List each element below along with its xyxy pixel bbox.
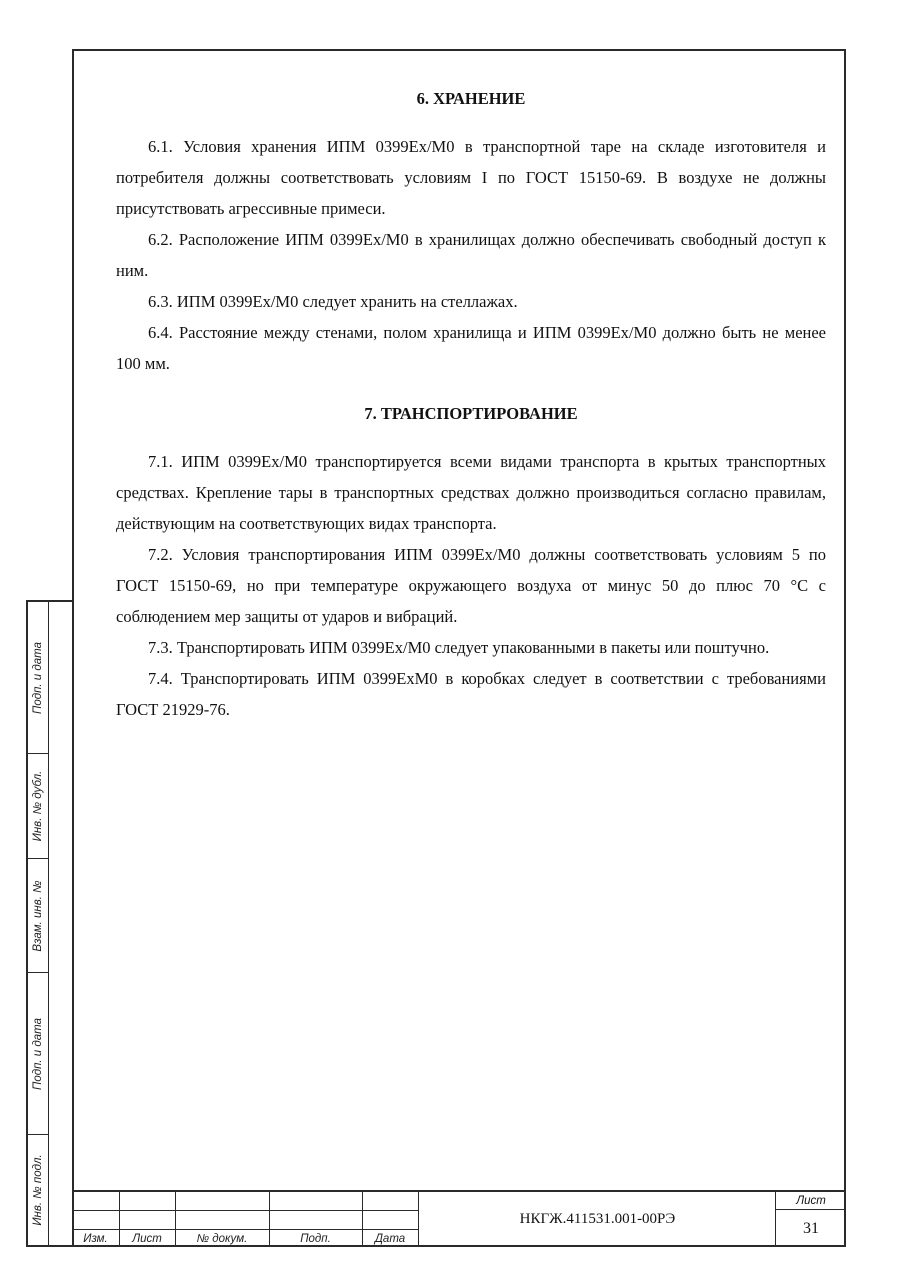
paragraph-7-2: 7.2. Условия транспортирования ИПМ 0399E…: [116, 539, 826, 632]
col-label-date: Дата: [362, 1231, 418, 1247]
strip-label: Взам. инв. №: [32, 880, 44, 951]
section-title-transport: 7. ТРАНСПОРТИРОВАНИЕ: [116, 399, 826, 429]
title-block-row-line: [72, 1210, 419, 1211]
paragraph-6-3: 6.3. ИПМ 0399Ex/M0 следует хранить на ст…: [116, 286, 826, 317]
section-storage-body: 6.1. Условия хранения ИПМ 0399Ex/M0 в тр…: [116, 131, 826, 379]
sheet-label: Лист: [776, 1192, 846, 1210]
paragraph-7-4: 7.4. Транспортировать ИПМ 0399ExM0 в кор…: [116, 663, 826, 725]
section-transport-body: 7.1. ИПМ 0399Ex/M0 транспортируется всем…: [116, 446, 826, 725]
strip-cell-sign-date-2: Подп. и дата: [28, 973, 48, 1135]
paragraph-6-4: 6.4. Расстояние между стенами, полом хра…: [116, 317, 826, 379]
strip-label: Инв. № подл.: [32, 1154, 44, 1225]
title-block: Изм. Лист № докум. Подп. Дата НКГЖ.41153…: [72, 1190, 846, 1247]
strip-cell-replace-inv: Взам. инв. №: [28, 859, 48, 973]
strip-label: Подп. и дата: [32, 1018, 44, 1090]
col-label-sheet: Лист: [119, 1231, 175, 1247]
document-code: НКГЖ.411531.001-00РЭ: [419, 1192, 776, 1247]
strip-divider: [48, 602, 49, 1245]
strip-cell-orig-inv: Инв. № подл.: [28, 1135, 48, 1245]
col-label-change: Изм.: [72, 1231, 119, 1247]
paragraph-7-3: 7.3. Транспортировать ИПМ 0399Ex/M0 след…: [116, 632, 826, 663]
section-title-storage: 6. ХРАНЕНИЕ: [116, 84, 826, 114]
paragraph-6-2: 6.2. Расположение ИПМ 0399Ex/M0 в хранил…: [116, 224, 826, 286]
paragraph-6-1: 6.1. Условия хранения ИПМ 0399Ex/M0 в тр…: [116, 131, 826, 224]
strip-label: Подп. и дата: [32, 642, 44, 714]
col-label-signature: Подп.: [269, 1231, 362, 1247]
title-block-row-line: [72, 1229, 419, 1230]
strip-cell-dup-inv: Инв. № дубл.: [28, 754, 48, 859]
margin-stamp-strip: Подп. и дата Инв. № дубл. Взам. инв. № П…: [26, 600, 72, 1247]
strip-cell-sign-date-1: Подп. и дата: [28, 602, 48, 754]
strip-label: Инв. № дубл.: [32, 771, 44, 842]
sheet-number: 31: [776, 1210, 846, 1247]
paragraph-7-1: 7.1. ИПМ 0399Ex/M0 транспортируется всем…: [116, 446, 826, 539]
col-label-doc-number: № докум.: [175, 1231, 269, 1247]
